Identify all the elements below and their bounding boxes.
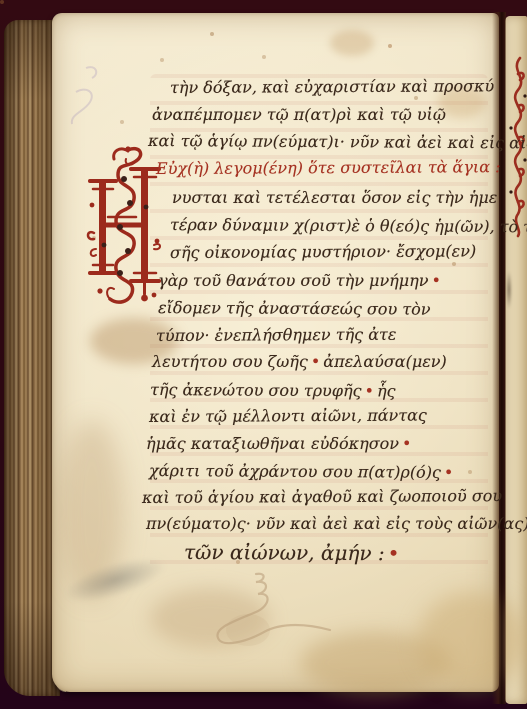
text-line-1: τὴν δόξαν, καὶ εὐχαριστίαν καὶ προσκύ [170,76,494,97]
red-stop-dot: • [428,271,443,290]
text-block: τὴν δόξαν, καὶ εὐχαριστίαν καὶ προσκύ ἀν… [0,0,527,709]
red-stop-dot: • [361,381,377,400]
text-line-5: νυσται καὶ τετέλεσται ὅσον εἰς τὴν ἡμε [172,188,497,207]
text-line-2: ἀναπέμπομεν τῷ π(ατ)ρὶ καὶ τῷ υἱῷ [152,105,446,124]
text-line-12: τῆς ἀκενώτου σου τρυφῆς•ἧς [150,380,396,401]
manuscript-photo: Η [0,0,527,709]
text-line-6: τέραν δύναμιν χ(ριστ)ὲ ὁ θ(εό)ς ἡμ(ῶν), … [170,215,527,237]
rubric-heading: Εὐχ(ὴ) λεγομ(ένη) ὅτε συστεῖλαι τὰ ἅγια … [156,157,501,178]
text-line-7: σῆς οἰκονομίας μυστήριον· ἔσχομ(εν) [170,241,476,262]
red-stop-dot: • [385,541,403,565]
text-line-11: λευτήτου σου ζωῆς•ἀπελαύσα(μεν) [152,352,447,371]
text-line-10: τύπον· ἐνεπλήσθημεν τῆς ἀτε [156,325,397,345]
text-line-3: καὶ τῷ ἁγίῳ πν(εύματ)ι· νῦν καὶ ἀεὶ καὶ … [148,131,527,153]
text-line-8: γὰρ τοῦ θανάτου σοῦ τὴν μνήμην• [158,271,444,290]
text-line-17: πν(εύματο)ς· νῦν καὶ ἀεὶ καὶ εἰς τοὺς αἰ… [146,514,527,533]
text-line-13: καὶ ἐν τῷ μέλλοντι αἰῶνι, πάντας [149,406,427,427]
text-line-14: ἡμᾶς καταξιωθῆναι εὐδόκησον• [146,434,414,453]
text-line-16: καὶ τοῦ ἁγίου καὶ ἀγαθοῦ καὶ ζωοποιοῦ σο… [142,486,502,507]
red-stop-dot: • [399,434,414,453]
text-line-9: εἴδομεν τῆς ἀναστάσεώς σου τὸν [158,298,431,319]
text-line-18-amen: τῶν αἰώνων, ἀμήν :• [184,540,403,565]
text-line-15: χάριτι τοῦ ἀχράντου σου π(ατ)ρ(ό)ς• [149,461,456,482]
red-stop-dot: • [441,463,457,482]
red-stop-dot: • [308,352,323,371]
